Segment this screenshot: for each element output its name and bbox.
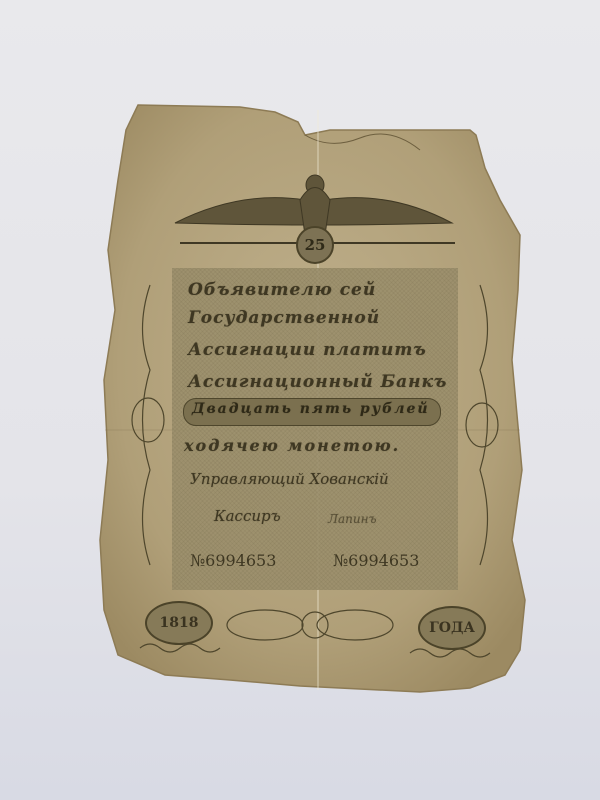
text-line-2: Государственной — [188, 308, 380, 328]
manager-label: Управляющий — [190, 470, 305, 488]
year-oval-right: ГОДА — [418, 606, 486, 650]
text-line-4: Ассигнационный Банкъ — [188, 372, 447, 392]
manager-signature: Управляющий Хованскій — [190, 470, 389, 488]
text-line-1: Объявителю сей — [188, 280, 376, 300]
year-oval-left: 1818 — [145, 601, 213, 645]
amount-text: Двадцать пять рублей — [192, 401, 430, 417]
serial-number-right: №6994653 — [333, 551, 419, 570]
cashier-name: Лапинъ — [328, 512, 377, 526]
cashier-label: Кассиръ — [214, 507, 281, 525]
text-line-6: ходячею монетою. — [184, 436, 400, 455]
serial-number-left: №6994653 — [190, 551, 276, 570]
banknote-photo: 25 Объявителю сей Государственной Ассигн… — [0, 0, 600, 800]
text-line-3: Ассигнации платитъ — [188, 340, 427, 360]
manager-name: Хованскій — [310, 470, 389, 488]
denomination-emblem: 25 — [296, 226, 334, 264]
